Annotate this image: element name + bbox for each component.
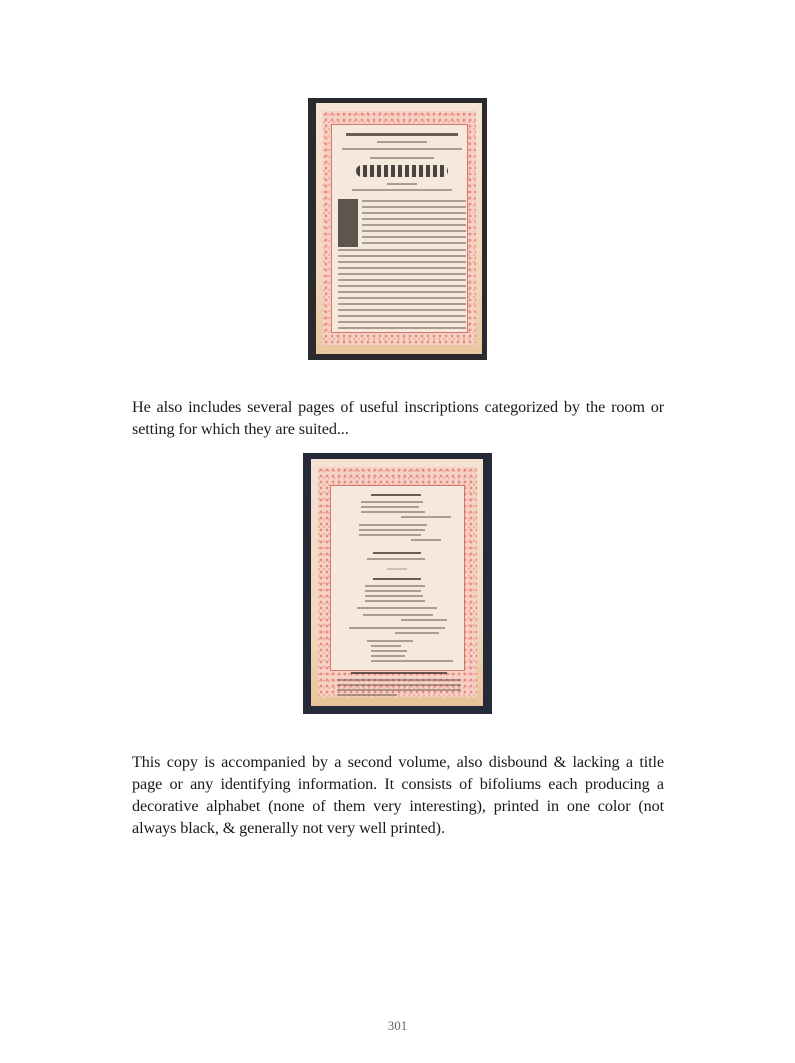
text-line (365, 585, 425, 587)
text-panel (332, 125, 467, 332)
figure-title-page-photo (308, 98, 487, 360)
text-line (377, 141, 427, 143)
text-line (371, 655, 405, 657)
text-line (338, 321, 466, 323)
text-line (338, 261, 466, 263)
paper-sheet (311, 459, 483, 706)
text-line (338, 303, 466, 305)
title-line (346, 133, 458, 136)
text-line (349, 627, 445, 629)
text-line (338, 249, 466, 251)
text-line (338, 315, 466, 317)
divider (387, 568, 407, 570)
text-line (338, 267, 466, 269)
body-paragraph: This copy is accompanied by a second vol… (132, 751, 664, 839)
heading-line (371, 494, 421, 496)
heading-line (373, 552, 421, 554)
text-line (337, 684, 461, 686)
text-line (342, 148, 462, 150)
text-line (411, 539, 441, 541)
text-line (387, 183, 417, 185)
text-line (361, 501, 423, 503)
text-line (362, 206, 466, 208)
text-line (352, 189, 452, 191)
text-line (361, 506, 419, 508)
text-line (365, 590, 421, 592)
text-line (337, 689, 461, 691)
text-line (362, 224, 466, 226)
text-line (365, 600, 425, 602)
ornament-band (356, 165, 448, 177)
text-line (362, 200, 466, 202)
text-line (338, 255, 466, 257)
text-line (359, 524, 427, 526)
text-line (361, 511, 425, 513)
text-line (338, 297, 466, 299)
heading-line (373, 578, 421, 580)
text-line (371, 650, 407, 652)
text-line (338, 327, 466, 329)
text-line (362, 212, 466, 214)
text-line (401, 619, 447, 621)
text-panel (331, 486, 464, 670)
text-line (337, 694, 397, 696)
text-line (363, 614, 433, 616)
text-line (359, 529, 425, 531)
text-line (338, 279, 466, 281)
text-line (359, 534, 421, 536)
text-line (357, 607, 437, 609)
text-line (371, 645, 401, 647)
text-line (362, 218, 466, 220)
body-paragraph: He also includes several pages of useful… (132, 396, 664, 440)
text-line (362, 230, 466, 232)
text-line (370, 157, 434, 159)
figure-inscriptions-page-photo (303, 453, 492, 714)
text-line (338, 285, 466, 287)
text-line (338, 291, 466, 293)
text-line (365, 595, 423, 597)
page-number: 301 (0, 1018, 795, 1034)
text-line (371, 660, 453, 662)
text-line (395, 632, 439, 634)
text-line (401, 516, 451, 518)
paper-sheet (316, 103, 482, 354)
heading-line (351, 672, 447, 674)
text-line (367, 558, 425, 560)
text-line (367, 640, 413, 642)
decorated-initial (338, 199, 358, 247)
text-line (362, 236, 466, 238)
text-line (338, 309, 466, 311)
text-line (337, 679, 461, 681)
text-line (338, 273, 466, 275)
text-line (362, 242, 466, 244)
